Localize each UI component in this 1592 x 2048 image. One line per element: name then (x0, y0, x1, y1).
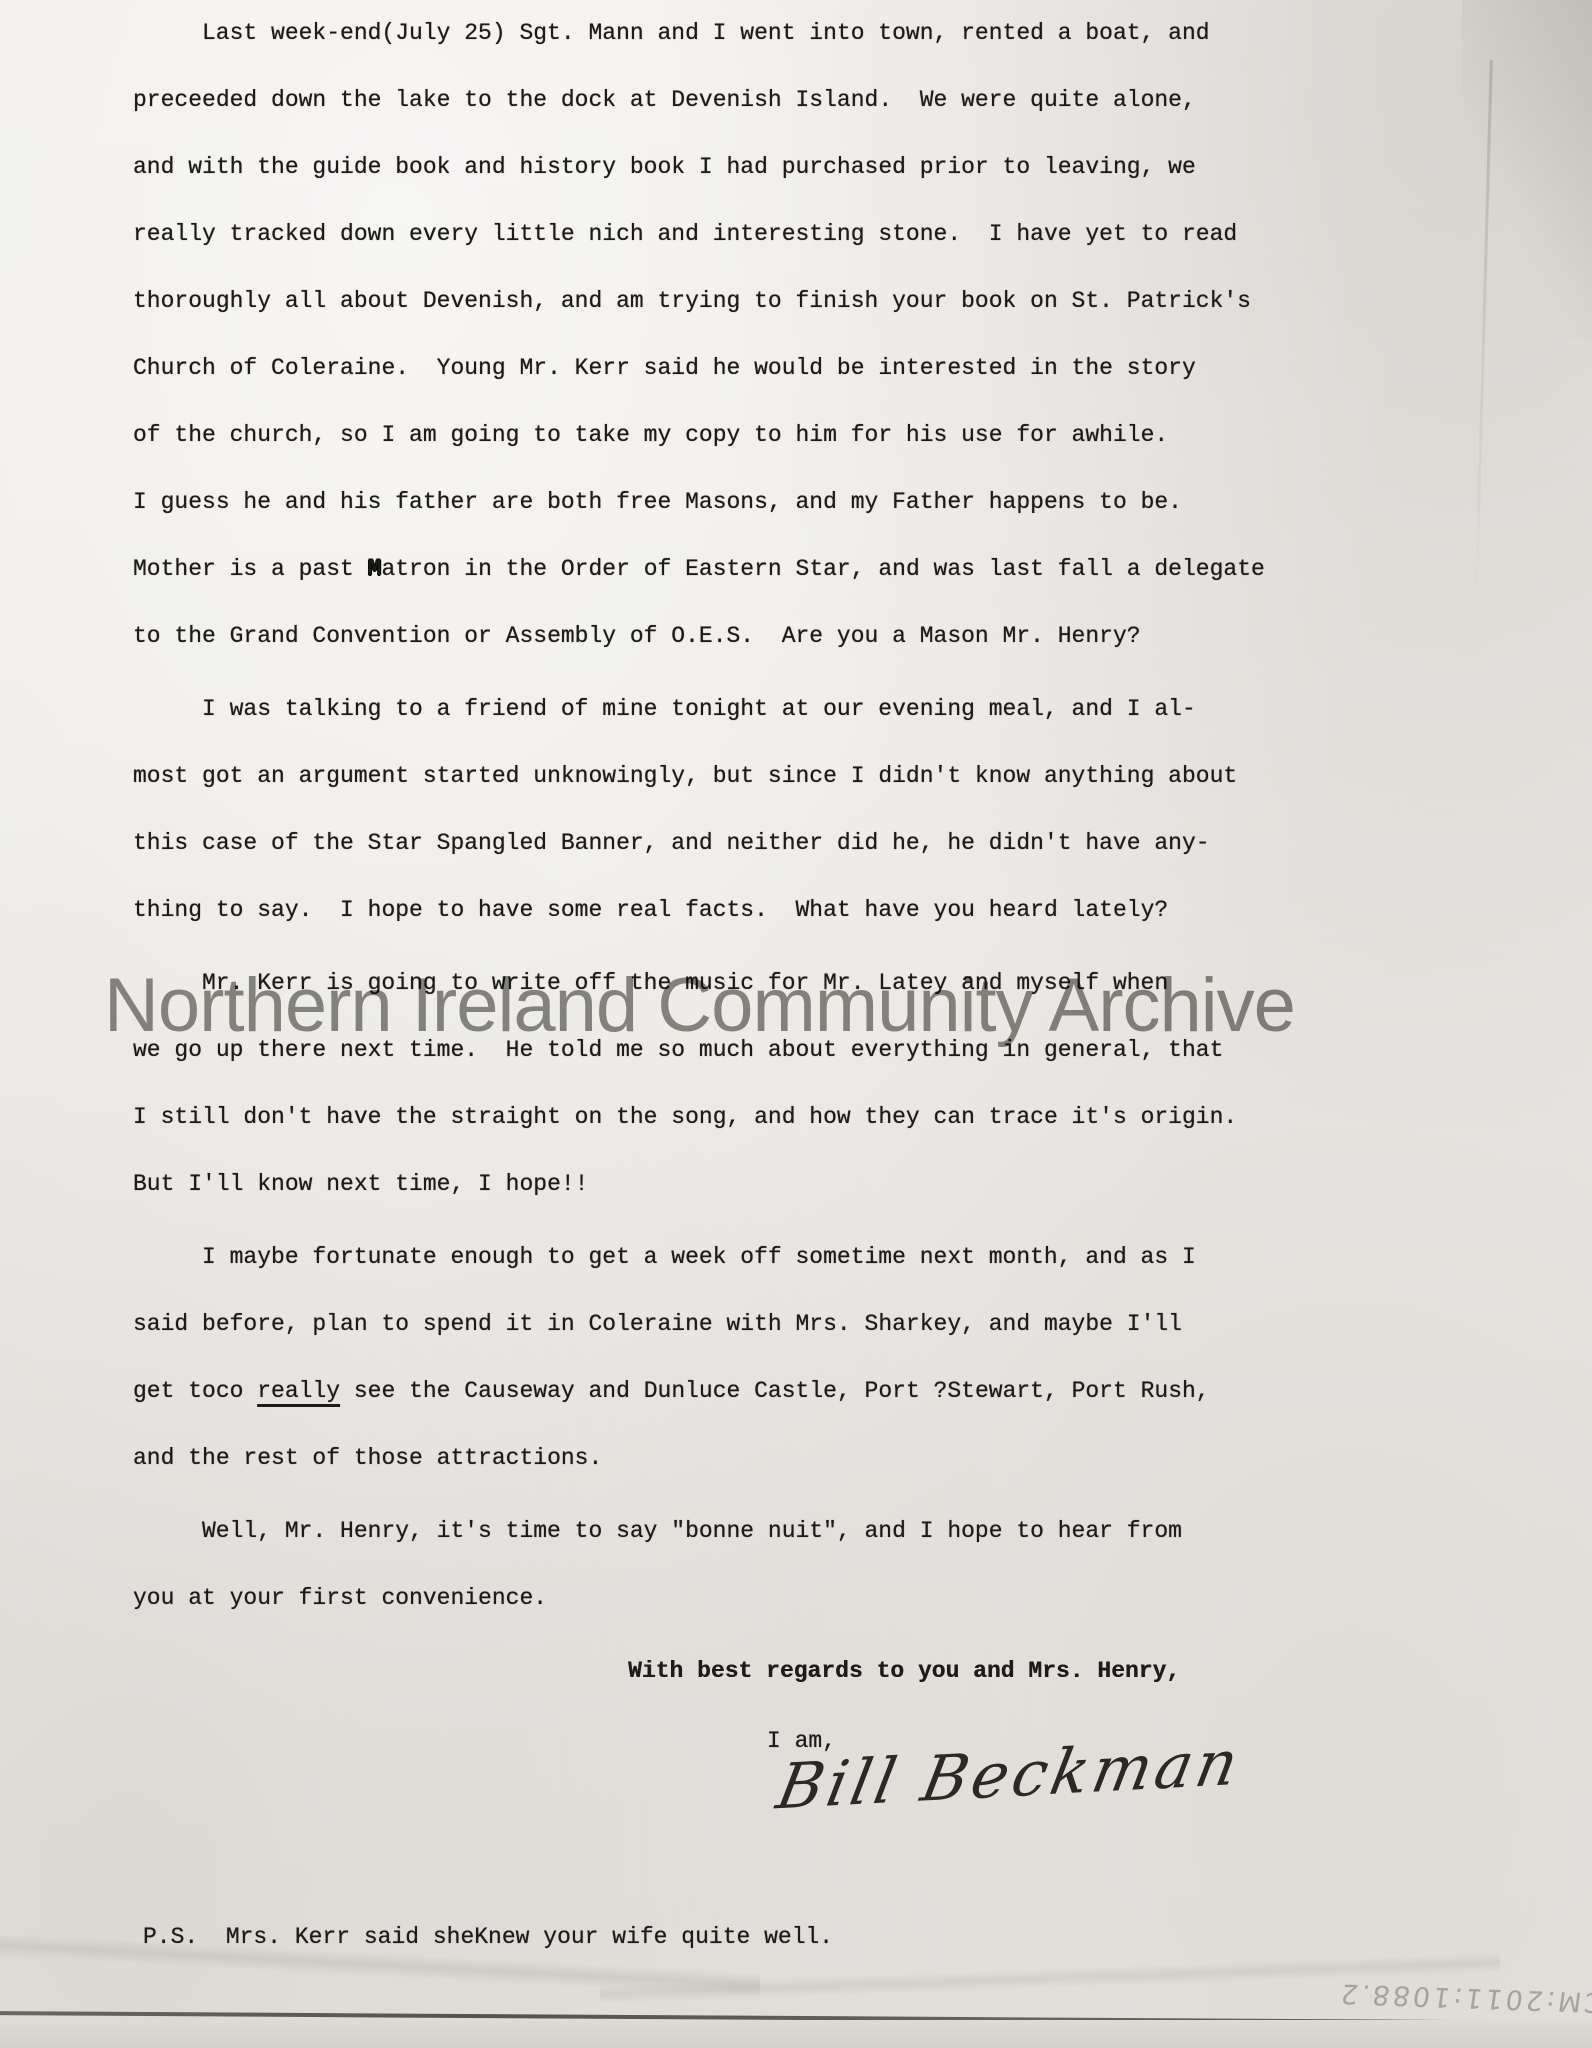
text-segment: get toco (133, 1378, 257, 1404)
letter-line: get toco really see the Causeway and Dun… (133, 1358, 1265, 1425)
catalog-reference-pencil: CM:2011:1088.2 (1336, 1977, 1592, 2017)
text-segment: atron in the Order of Eastern Star, and … (381, 556, 1264, 582)
paragraph: Well, Mr. Henry, it's time to say "bonne… (133, 1498, 1265, 1632)
letter-line: of the church, so I am going to take my … (133, 402, 1265, 469)
letter-page: Last week-end(July 25) Sgt. Mann and I w… (0, 0, 1592, 2048)
paragraph: I maybe fortunate enough to get a week o… (133, 1224, 1265, 1492)
letter-line: and with the guide book and history book… (133, 134, 1265, 201)
letter-line: thing to say. I hope to have some real f… (133, 877, 1265, 944)
letter-line: Church of Coleraine. Young Mr. Kerr said… (133, 335, 1265, 402)
letter-line: Last week-end(July 25) Sgt. Mann and I w… (133, 0, 1265, 67)
letter-line: I was talking to a friend of mine tonigh… (133, 676, 1265, 743)
postscript-line: P.S. Mrs. Kerr said sheKnew your wife qu… (143, 1904, 833, 1971)
letter-line: I still don't have the straight on the s… (133, 1084, 1265, 1151)
letter-line: preceeded down the lake to the dock at D… (133, 67, 1265, 134)
letter-line: I guess he and his father are both free … (133, 469, 1265, 536)
paper-below-edge (0, 2020, 1592, 2048)
letter-line: this case of the Star Spangled Banner, a… (133, 810, 1265, 877)
closing-regards: With best regards to you and Mrs. Henry, (628, 1638, 1180, 1705)
letter-line: But I'll know next time, I hope!! (133, 1151, 1265, 1218)
handwritten-signature: Bill Beckman (771, 1725, 1248, 1823)
letter-line: thoroughly all about Devenish, and am tr… (133, 268, 1265, 335)
text-segment: see the Causeway and Dunluce Castle, Por… (340, 1378, 1210, 1404)
letter-line: Well, Mr. Henry, it's time to say "bonne… (133, 1498, 1265, 1565)
archive-watermark: Northern Ireland Community Archive (104, 962, 1295, 1049)
letter-line: and the rest of those attractions. (133, 1425, 1265, 1492)
paper-fold-shadow (1462, 0, 1592, 340)
paragraph: I was talking to a friend of mine tonigh… (133, 676, 1265, 944)
paragraph: Last week-end(July 25) Sgt. Mann and I w… (133, 0, 1265, 670)
underline-text: really (257, 1378, 340, 1404)
overstrike-text: M (368, 556, 382, 582)
letter-line: most got an argument started unknowingly… (133, 743, 1265, 810)
letter-line: I maybe fortunate enough to get a week o… (133, 1224, 1265, 1291)
text-segment: Mother is a past (133, 556, 368, 582)
letter-line: to the Grand Convention or Assembly of O… (133, 603, 1265, 670)
letter-line: you at your first convenience. (133, 1565, 1265, 1632)
letter-paragraphs: Last week-end(July 25) Sgt. Mann and I w… (133, 0, 1265, 1638)
letter-line: said before, plan to spend it in Colerai… (133, 1291, 1265, 1358)
letter-line: Mother is a past Matron in the Order of … (133, 536, 1265, 603)
letter-line: really tracked down every little nich an… (133, 201, 1265, 268)
